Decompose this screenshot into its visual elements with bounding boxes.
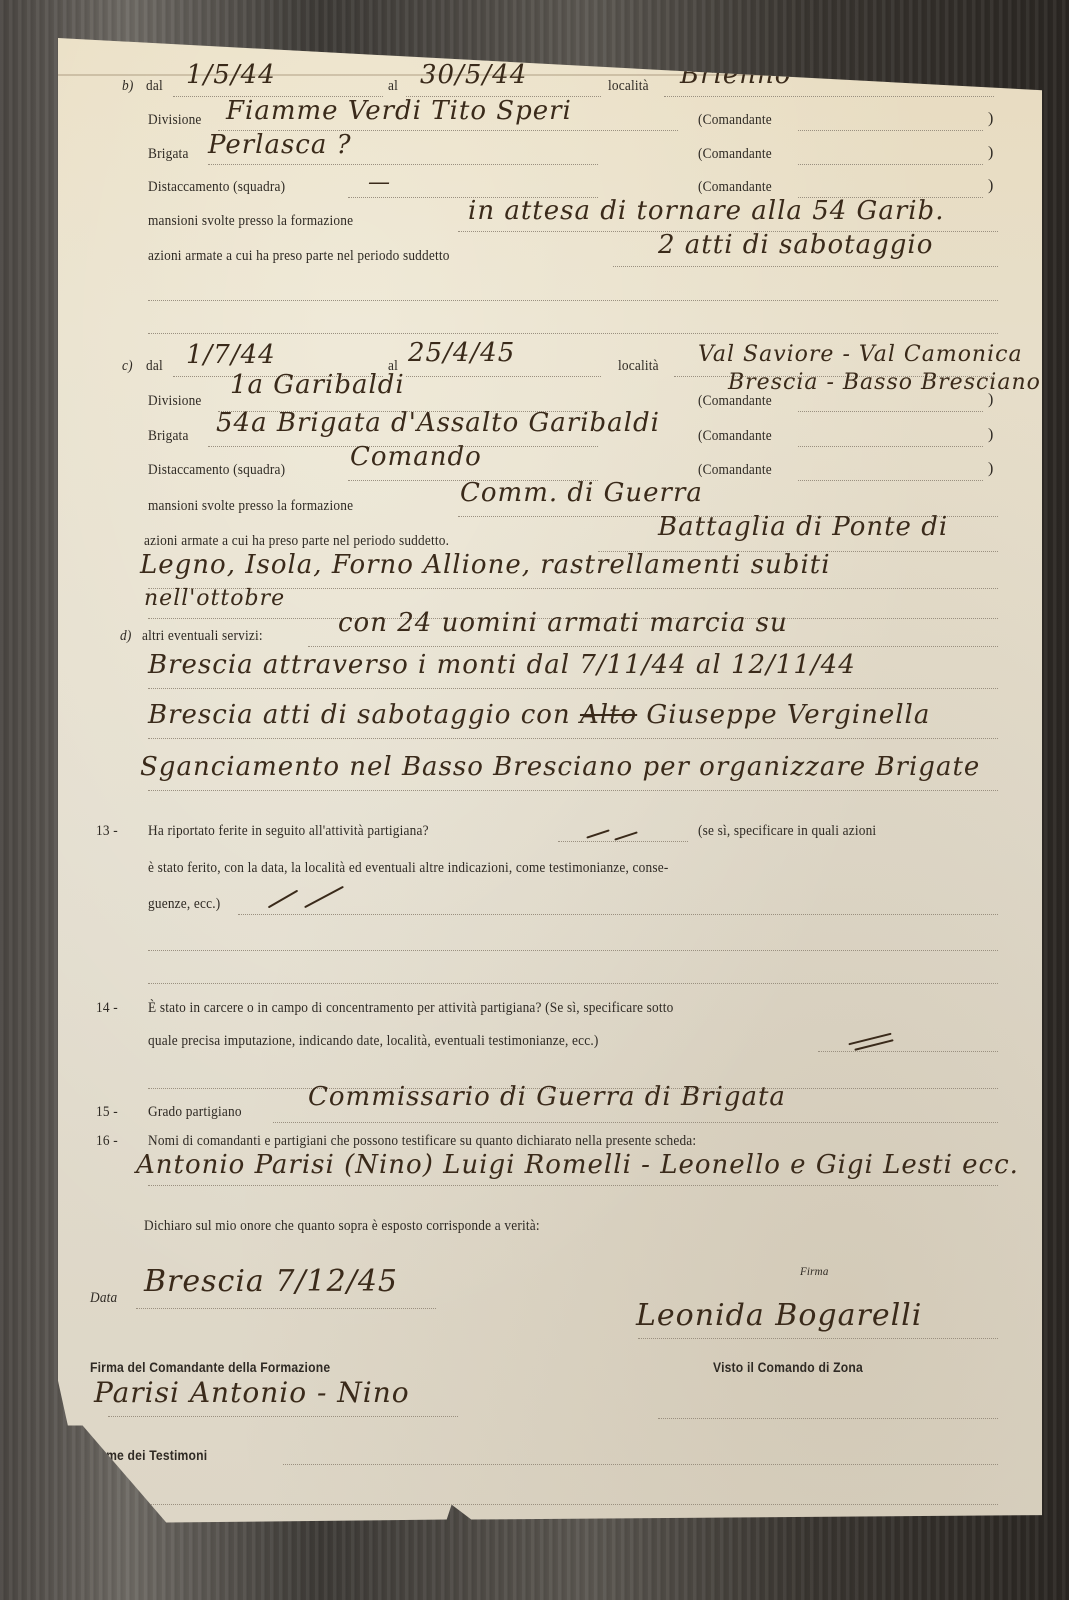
section-c-dal-label: dal	[146, 358, 163, 375]
section-b-brigata-value: Perlasca ?	[208, 130, 352, 160]
q15-label: Grado partigiano	[148, 1104, 242, 1121]
dotted-line	[148, 983, 998, 984]
dotted-line	[238, 914, 998, 915]
dotted-line	[273, 1122, 998, 1123]
section-c-azioni-value-3: nell'ottobre	[144, 586, 285, 611]
section-c-localita-label: località	[618, 358, 659, 375]
section-d-line-3: Brescia atti di sabotaggio con Alto Gius…	[148, 700, 930, 730]
dotted-line	[613, 266, 998, 267]
dotted-line	[148, 300, 998, 301]
dotted-line	[148, 950, 998, 951]
q15-value: Commissario di Guerra di Brigata	[308, 1082, 786, 1112]
section-c-divisione-value: 1a Garibaldi	[230, 370, 405, 400]
section-c-divisione-comandante-label: (Comandante	[698, 393, 772, 410]
dotted-line	[283, 1464, 998, 1465]
section-d-line-1: con 24 uomini armati marcia su	[338, 608, 788, 638]
dotted-line	[148, 738, 998, 739]
handwritten-dash	[268, 890, 298, 909]
handwritten-dash	[848, 1033, 891, 1046]
section-c-brigata-comandante-label: (Comandante	[698, 428, 772, 445]
section-c-mansioni-value: Comm. di Guerra	[460, 478, 703, 508]
q15-number: 15 -	[96, 1104, 118, 1121]
section-b-mansioni-value: in attesa di tornare alla 54 Garib.	[468, 196, 944, 226]
comandante-formazione-value: Parisi Antonio - Nino	[94, 1376, 410, 1409]
dotted-line	[664, 96, 994, 97]
close-paren: )	[988, 144, 993, 162]
comandante-formazione-label: Firma del Comandante della Formazione	[90, 1360, 330, 1375]
section-c-localita-value: Val Saviore - Val Camonica	[698, 342, 1023, 367]
close-paren: )	[988, 110, 993, 128]
q14-line-2: quale precisa imputazione, indicando dat…	[148, 1033, 598, 1050]
section-b-localita-value: Brienno	[680, 60, 791, 90]
section-c-azioni-label: azioni armate a cui ha preso parte nel p…	[144, 533, 449, 550]
section-c-brigata-label: Brigata	[148, 428, 189, 445]
data-value: Brescia 7/12/45	[144, 1264, 398, 1299]
section-d-line-4: Sganciamento nel Basso Bresciano per org…	[140, 752, 980, 782]
section-b-dal-label: dal	[146, 78, 163, 95]
section-c-brigata-value: 54a Brigata d'Assalto Garibaldi	[216, 408, 660, 438]
dotted-line	[208, 164, 598, 165]
dotted-line	[798, 164, 983, 165]
section-b-distaccamento-value: —	[368, 170, 391, 195]
data-label: Data	[90, 1290, 117, 1307]
dotted-line	[148, 790, 998, 791]
dotted-line	[406, 376, 601, 377]
section-d-line-3-before: Brescia atti di sabotaggio con	[148, 700, 571, 730]
section-c-azioni-value-1: Battaglia di Ponte di	[658, 512, 948, 542]
handwritten-dash	[614, 831, 637, 840]
section-c-marker: c)	[122, 358, 133, 375]
section-c-distaccamento-label: Distaccamento (squadra)	[148, 462, 285, 479]
q14-line-1: È stato in carcere o in campo di concent…	[148, 1000, 673, 1017]
section-c-al-value: 25/4/45	[408, 338, 515, 368]
section-b-divisione-label: Divisione	[148, 112, 202, 129]
firma-label: Firma	[800, 1264, 829, 1279]
section-b-brigata-comandante-label: (Comandante	[698, 146, 772, 163]
close-paren: )	[988, 177, 993, 195]
testimoni-label: Firme dei Testimoni	[90, 1448, 207, 1463]
section-b-localita-label: località	[608, 78, 649, 95]
close-paren: )	[988, 460, 993, 478]
dotted-line	[798, 411, 983, 412]
dotted-line	[798, 130, 983, 131]
section-b-dal-value: 1/5/44	[186, 60, 276, 90]
dotted-line	[108, 1416, 458, 1417]
q13-line-3: guenze, ecc.)	[148, 896, 220, 913]
section-b-distaccamento-comandante-label: (Comandante	[698, 179, 772, 196]
section-d-line-3-after: Giuseppe Verginella	[646, 700, 930, 730]
section-b-al-label: al	[388, 78, 398, 95]
q16-label: Nomi di comandanti e partigiani che poss…	[148, 1133, 696, 1150]
handwritten-dash	[304, 886, 344, 908]
dotted-line	[798, 480, 983, 481]
section-b-marker: b)	[122, 78, 133, 95]
declaration-text: Dichiaro sul mio onore che quanto sopra …	[144, 1218, 540, 1235]
section-b-divisione-comandante-label: (Comandante	[698, 112, 772, 129]
section-c-azioni-value-2: Legno, Isola, Forno Allione, rastrellame…	[140, 550, 831, 580]
close-paren: )	[988, 426, 993, 444]
comando-zona-label: Visto il Comando di Zona	[713, 1360, 863, 1375]
q13-line-1b: (se sì, specificare in quali azioni	[698, 823, 876, 840]
partisan-form-page: b) dal 1/5/44 al 30/5/44 località Brienn…	[58, 38, 1042, 1530]
dotted-line	[148, 1185, 998, 1186]
dotted-line	[136, 1308, 436, 1309]
firma-value: Leonida Bogarelli	[636, 1298, 922, 1333]
section-c-divisione-label: Divisione	[148, 393, 202, 410]
q13-line-1: Ha riportato ferite in seguito all'attiv…	[148, 823, 429, 840]
section-d-line-2: Brescia attraverso i monti dal 7/11/44 a…	[148, 650, 856, 680]
section-c-localita-value-2: Brescia - Basso Bresciano	[728, 370, 1041, 395]
section-c-dal-value: 1/7/44	[186, 340, 276, 370]
dotted-line	[148, 333, 998, 334]
dotted-line	[148, 688, 998, 689]
section-b-brigata-label: Brigata	[148, 146, 189, 163]
dotted-line	[658, 1418, 998, 1419]
close-paren: )	[988, 391, 993, 409]
section-b-mansioni-label: mansioni svolte presso la formazione	[148, 213, 353, 230]
section-c-distaccamento-comandante-label: (Comandante	[698, 462, 772, 479]
dotted-line	[638, 1338, 998, 1339]
handwritten-dash	[586, 829, 609, 838]
section-c-mansioni-label: mansioni svolte presso la formazione	[148, 498, 353, 515]
section-b-distaccamento-label: Distaccamento (squadra)	[148, 179, 285, 196]
q14-number: 14 -	[96, 1000, 118, 1017]
q13-line-2: è stato ferito, con la data, la località…	[148, 860, 668, 877]
q16-number: 16 -	[96, 1133, 118, 1150]
section-b-al-value: 30/5/44	[420, 60, 527, 90]
section-c-distaccamento-value: Comando	[350, 442, 482, 472]
section-b-azioni-value: 2 atti di sabotaggio	[658, 230, 933, 260]
section-b-divisione-value: Fiamme Verdi Tito Speri	[226, 96, 572, 126]
q16-value: Antonio Parisi (Nino) Luigi Romelli - Le…	[136, 1150, 1019, 1180]
dotted-line	[818, 1051, 998, 1052]
dotted-line	[798, 446, 983, 447]
section-b-azioni-label: azioni armate a cui ha preso parte nel p…	[148, 248, 450, 265]
dotted-line	[96, 1504, 998, 1505]
section-d-line-3-struck: Alto	[580, 700, 637, 730]
dotted-line	[308, 646, 998, 647]
q13-number: 13 -	[96, 823, 118, 840]
dotted-line	[558, 841, 688, 842]
section-d-marker: d)	[120, 628, 131, 645]
section-d-label: altri eventuali servizi:	[142, 628, 263, 645]
